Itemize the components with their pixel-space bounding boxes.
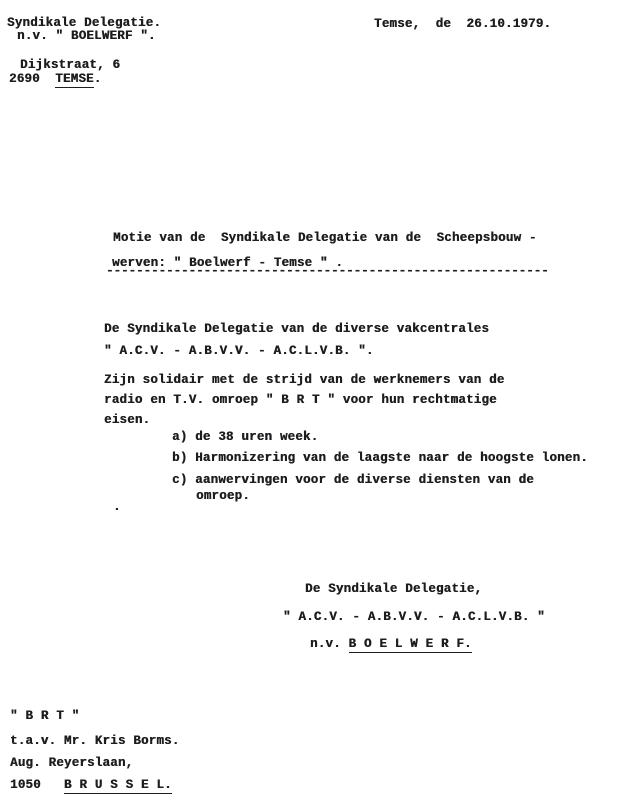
title-dashed-rule: ----------------------------------------… xyxy=(106,264,549,278)
recipient-attn-line: t.a.v. Mr. Kris Borms. xyxy=(10,734,179,748)
recipient-name-line: " B R T " xyxy=(10,709,79,723)
document-page: Syndikale Delegatie. n.v. " BOELWERF ". … xyxy=(0,0,621,801)
signature-line3: n.v. B O E L W E R F. xyxy=(310,637,472,651)
sender-street-line: Dijkstraat, 6 xyxy=(20,58,120,72)
recipient-city-underlined: B R U S S E L. xyxy=(64,778,172,794)
sender-postal-line: 2690 TEMSE. xyxy=(9,72,101,86)
stray-ink-dot: . xyxy=(113,500,121,514)
para1-line2: " A.C.V. - A.B.V.V. - A.C.L.V.B. ". xyxy=(104,344,374,358)
list-item-c-line2: omroep. xyxy=(196,489,250,503)
para2-line1: Zijn solidair met de strijd van de werkn… xyxy=(104,373,504,387)
sender-city-underlined: TEMSE xyxy=(55,72,94,88)
list-item-c-line1: c) aanwervingen voor de diverse diensten… xyxy=(172,473,534,487)
recipient-city-line: 1050 B R U S S E L. xyxy=(10,778,172,792)
signature-company-prefix: n.v. xyxy=(310,637,349,651)
para2-line3: eisen. xyxy=(104,413,150,427)
para1-line1: De Syndikale Delegatie van de diverse va… xyxy=(104,322,489,336)
recipient-street-line: Aug. Reyerslaan, xyxy=(10,756,133,770)
signature-line2: " A.C.V. - A.B.V.V. - A.C.L.V.B. " xyxy=(283,610,545,624)
sender-name-line: Syndikale Delegatie. xyxy=(7,16,161,30)
list-item-b: b) Harmonizering van de laagste naar de … xyxy=(172,451,588,465)
sender-company-line: n.v. " BOELWERF ". xyxy=(17,29,156,43)
list-item-a: a) de 38 uren week. xyxy=(172,430,318,444)
para2-line2: radio en T.V. omroep " B R T " voor hun … xyxy=(104,393,497,407)
dateline: Temse, de 26.10.1979. xyxy=(374,17,551,31)
sender-postal-code: 2690 xyxy=(9,72,55,86)
recipient-postal-code: 1050 xyxy=(10,778,64,792)
signature-line1: De Syndikale Delegatie, xyxy=(305,582,482,596)
motion-title-line1: Motie van de Syndikale Delegatie van de … xyxy=(113,231,537,245)
sender-city-period: . xyxy=(94,72,102,86)
signature-company-name-underlined: B O E L W E R F. xyxy=(349,637,472,653)
